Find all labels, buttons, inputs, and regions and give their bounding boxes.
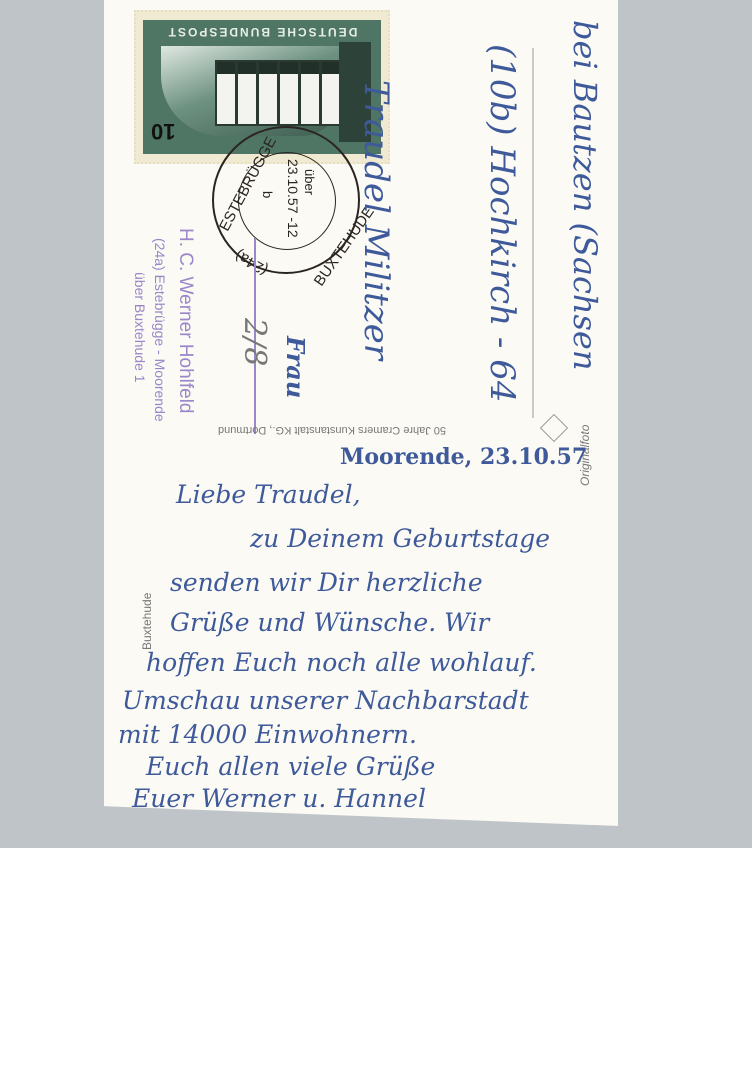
postmark-date: 23.10.57 -12 <box>285 159 301 238</box>
handwritten-date: Moorende, 23.10.57 <box>340 444 587 470</box>
postmark-via: über <box>302 169 317 195</box>
stamp-scaffold-graphic <box>215 60 349 126</box>
addressee-street: (10b) Hochkirch - 64 <box>482 44 522 402</box>
message-signature: Euer Werner u. Hannel <box>132 784 426 813</box>
sender-city-line: über Buxtehude 1 <box>132 272 148 383</box>
publisher-line: 50 Jahre Cramers Kunstanstalt KG., Dortm… <box>218 424 446 436</box>
publisher-logo-icon <box>540 414 568 442</box>
sender-name: H. C. Werner Hohlfeld <box>174 228 196 414</box>
stamp-issuer: DEUTSCHE BUNDESPOST <box>143 25 381 39</box>
postmark: 23.10.57 -12 über b ESTEBRÜGGE (24a) BUX… <box>212 126 360 274</box>
message-line: Grüße und Wünsche. Wir <box>170 608 489 637</box>
message-line: hoffen Euch noch alle wohlauf. <box>146 648 537 677</box>
addressee-name: Traudel Militzer <box>356 80 396 360</box>
address-divider-line <box>532 48 534 418</box>
message-line: Liebe Traudel, <box>176 480 361 509</box>
postmark-letter: b <box>260 191 275 198</box>
postcard: DEUTSCHE BUNDESPOST 10 23.10.57 -12 über… <box>104 0 618 826</box>
addressee-salutation: Frau <box>281 336 310 398</box>
message-line: mit 14000 Einwohnern. <box>118 720 417 749</box>
message-line: zu Deinem Geburtstage <box>250 524 550 553</box>
sender-address-line: (24a) Estebrügge - Moorende <box>152 238 168 422</box>
location-caption: Buxtehude <box>140 593 154 650</box>
pencil-note: 2/8 <box>237 318 272 366</box>
message-line: Euch allen viele Grüße <box>146 752 435 781</box>
postmark-code: (24a) <box>232 246 271 278</box>
addressee-city: bei Bautzen (Sachsen <box>566 20 604 370</box>
message-line: senden wir Dir herzliche <box>170 568 483 597</box>
stamp-value: 10 <box>151 118 175 144</box>
message-line: Umschau unserer Nachbarstadt <box>122 686 529 715</box>
